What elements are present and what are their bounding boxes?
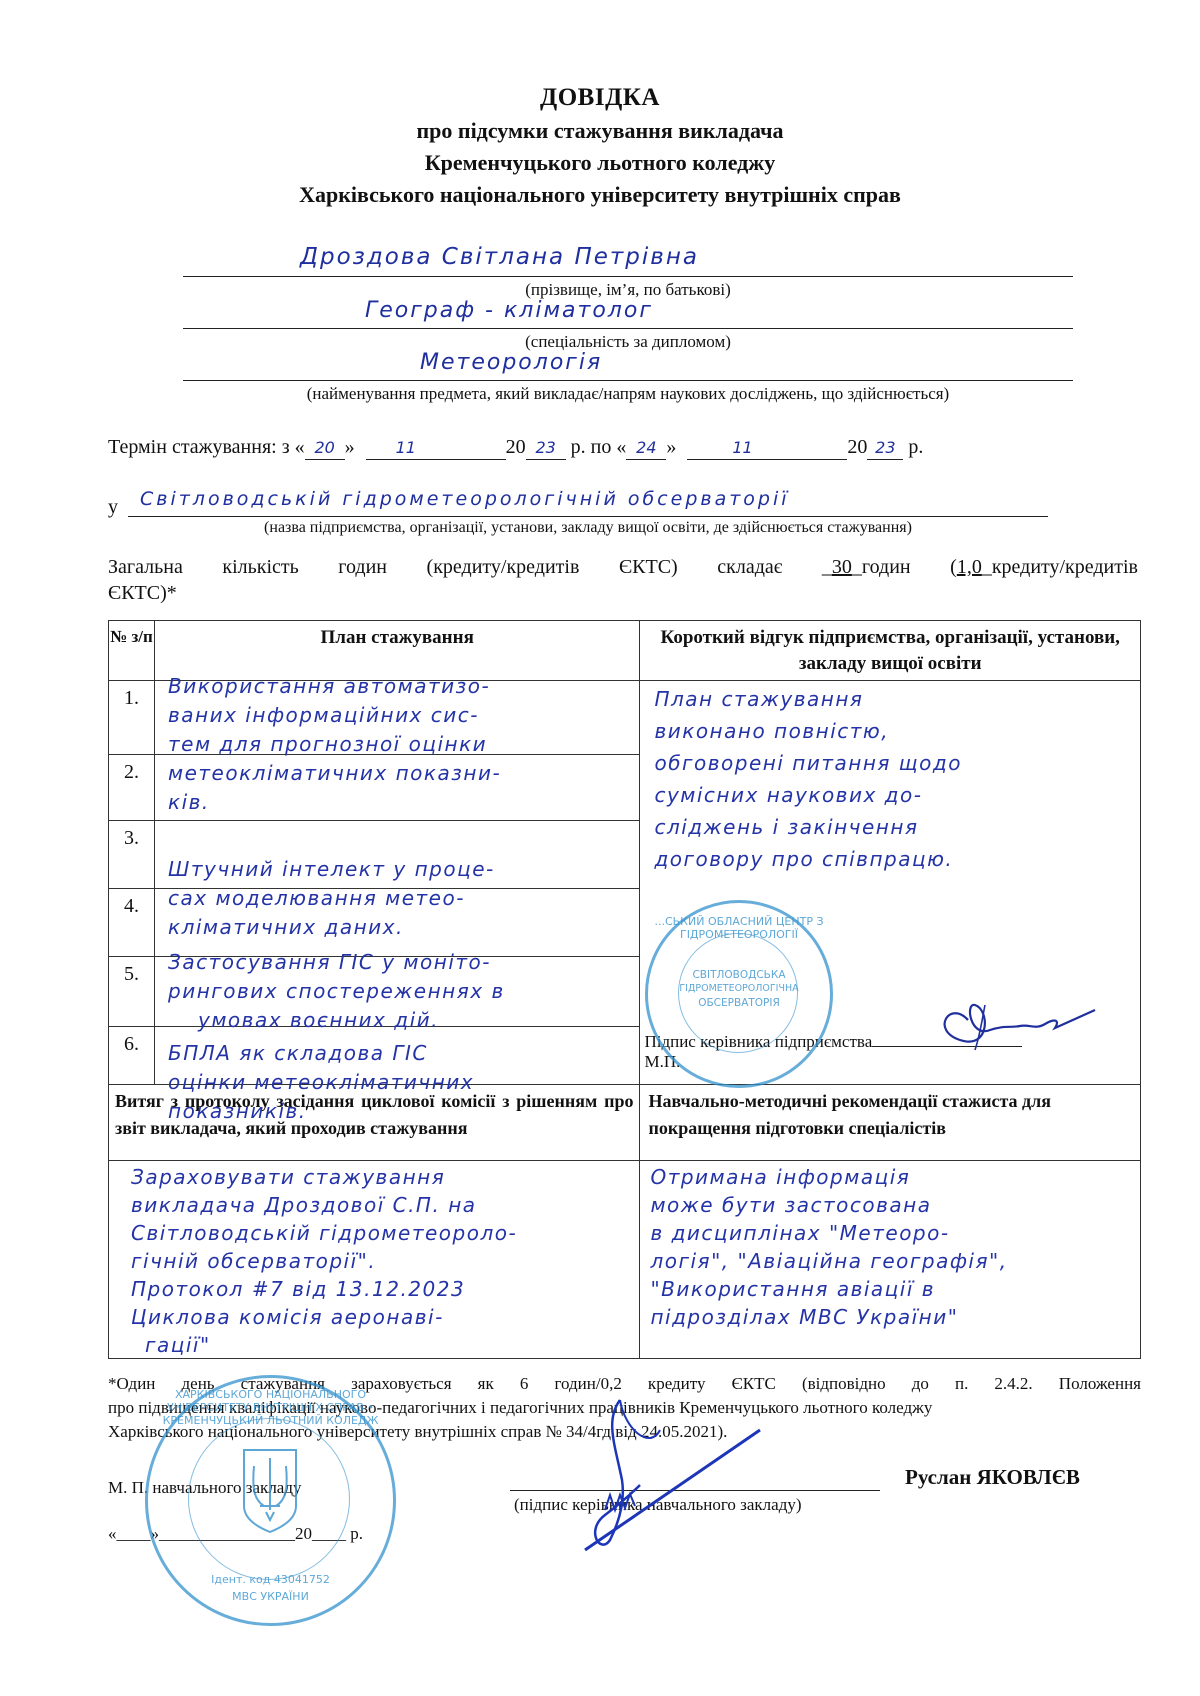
term-from-day: 20 [314,438,334,457]
subject-value: Метеорологія [420,350,602,375]
term-mid: р. по « [571,436,627,458]
row-number: 4. [109,889,155,957]
subtitle-line-3: Харківського національного університету … [0,182,1200,208]
enterprise-stamp: ...СЬКИЙ ОБЛАСНИЙ ЦЕНТР З ГІДРОМЕТЕОРОЛО… [645,900,833,1088]
director-name: Руслан ЯКОВЛЄВ [905,1465,1080,1490]
row-number: 5. [109,957,155,1027]
director-signature [570,1390,770,1570]
full-name-caption: (прізвище, ім’я, по батькові) [183,280,1073,300]
protocol-right-cell: Отримана інформація може бути застосован… [640,1161,1141,1359]
plan-items-text: Використання автоматизо- ваних інформаці… [168,672,505,1126]
feedback-text: План стажування виконано повністю, обгов… [654,683,962,875]
full-name-line [183,276,1073,277]
plan-item: оцінки метеокліматичних [168,1068,505,1097]
term-to-day: 24 [636,438,656,457]
plan-item: ваних інформаційних сис- [168,701,505,730]
subtitle-line-1: про підсумки стажування викладача [0,118,1200,144]
hours-line-2: ЄКТС)* [108,582,177,605]
subject-line [183,380,1073,381]
place-caption: (назва підприємства, організації, устано… [128,519,1048,537]
hours-value: 30 [832,556,852,578]
term-row: Термін стажування: з «20» 112023 р. по «… [108,436,923,460]
plan-item: рингових спостереженнях в [168,977,505,1006]
row-number: 6. [109,1027,155,1085]
document-title: ДОВІДКА [0,84,1200,112]
plan-item: Штучний інтелект у проце- [168,855,505,884]
credits-value: 1,0 [957,556,982,578]
plan-item: сах моделювання метео- [168,884,505,913]
enterprise-signature [920,990,1100,1060]
place-line [128,516,1048,517]
col-num-header: № з/п [109,621,155,681]
full-name-value: Дроздова Світлана Петрівна [300,244,699,270]
plan-item: Застосування ГІС у моніто- [168,948,505,977]
hours-line: Загальна кількість годин (кредиту/кредит… [108,556,1138,579]
term-from-month: 11 [396,438,416,457]
plan-item: кліматичних даних. [168,913,505,942]
specialty-caption: (спеціальність за дипломом) [183,332,1073,352]
plan-item: тем для прогнозної оцінки [168,730,505,759]
row-number: 2. [109,755,155,821]
plan-item: ків. [168,788,505,817]
plan-item: умовах воєнних дій. [168,1006,505,1035]
term-to-year: 23 [875,438,895,457]
specialty-value: Географ - кліматолог [365,298,653,323]
place-prefix: у [108,496,118,519]
college-stamp: ХАРКІВСЬКОГО НАЦІОНАЛЬНОГО УНІВЕРСИТЕТУ … [145,1375,396,1626]
protocol-left-cell: Зараховувати стажування викладача Дроздо… [109,1161,640,1359]
col-feedback-header: Короткий відгук підприємства, організаці… [640,621,1141,681]
plan-item: БПЛА як складова ГІС [168,1039,505,1068]
subject-caption: (найменування предмета, який викладає/на… [183,384,1073,404]
plan-item: Використання автоматизо- [168,672,505,701]
protocol-decision-text: Зараховувати стажування викладача Дроздо… [131,1163,517,1359]
term-to-month: 11 [732,438,752,457]
plan-item: показників. [168,1097,505,1126]
recommendations-text: Отримана інформація може бути застосован… [650,1163,1007,1331]
term-from-year: 23 [535,438,555,457]
protocol-right-header: Навчально-методичні рекомендації стажист… [640,1085,1141,1161]
place-value: Світловодській гідрометеорологічній обсе… [140,488,790,510]
row-number: 3. [109,821,155,889]
term-end: р. [908,436,923,458]
protocol-content-row: Зараховувати стажування викладача Дроздо… [109,1161,1141,1359]
subtitle-line-2: Кременчуцького льотного коледжу [0,150,1200,176]
term-label: Термін стажування: з « [108,436,305,458]
trident-emblem-icon [240,1448,300,1534]
plan-item: метеокліматичних показни- [168,759,505,788]
specialty-line [183,328,1073,329]
row-number: 1. [109,681,155,755]
